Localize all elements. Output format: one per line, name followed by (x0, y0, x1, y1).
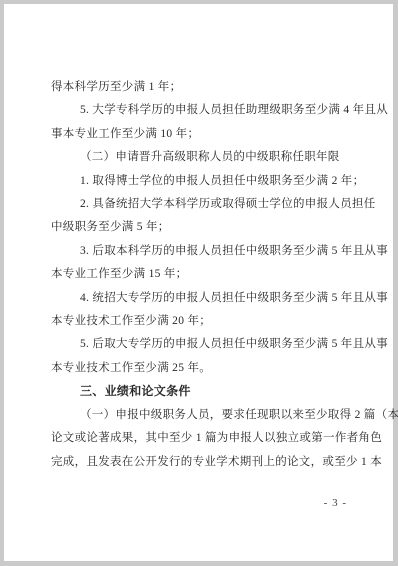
text-line: 事本专业工作至少满 10 年； (51, 123, 366, 146)
text-line: 本专业工作至少满 15 年； (51, 263, 366, 286)
text-line: 本专业技术工作至少满 20 年； (51, 310, 366, 333)
text-line: （二）申请晋升高级职称人员的中级职称任职年限 (51, 146, 366, 169)
text-line: 中级职务至少满 5 年； (51, 216, 366, 239)
text-line: 4. 统招大专学历的申报人员担任中级职务至少满 5 年且从事 (51, 287, 366, 310)
text-line: 3. 后取本科学历的申报人员担任中级职务至少满 5 年且从事 (51, 240, 366, 263)
text-line: 2. 具备统招大学本科学历或取得硕士学位的申报人员担任 (51, 193, 366, 216)
text-line: （一）申报中级职务人员，要求任现职以来至少取得 2 篇（本） (51, 404, 366, 427)
text-line: 1. 取得博士学位的申报人员担任中级职务至少满 2 年； (51, 170, 366, 193)
section-heading: 三、业绩和论文条件 (51, 380, 366, 403)
text-line: 得本科学历至少满 1 年； (51, 76, 366, 99)
document-lines: 得本科学历至少满 1 年；5. 大学专科学历的申报人员担任助理级职务至少满 4 … (51, 76, 366, 474)
page-number: - 3 - (324, 496, 347, 510)
text-line: 本专业技术工作至少满 25 年。 (51, 357, 366, 380)
text-line: 5. 大学专科学历的申报人员担任助理级职务至少满 4 年且从 (51, 99, 366, 122)
document-page: 得本科学历至少满 1 年；5. 大学专科学历的申报人员担任助理级职务至少满 4 … (0, 0, 398, 566)
text-line: 论文或论著成果，其中至少 1 篇为申报人以独立或第一作者角色 (51, 427, 366, 450)
text-line: 完成，且发表在公开发行的专业学术期刊上的论文，或至少 1 本 (51, 451, 366, 474)
paper-sheet: 得本科学历至少满 1 年；5. 大学专科学历的申报人员担任助理级职务至少满 4 … (4, 4, 393, 561)
text-line: 5. 后取大专学历的申报人员担任中级职务至少满 5 年且从事 (51, 333, 366, 356)
